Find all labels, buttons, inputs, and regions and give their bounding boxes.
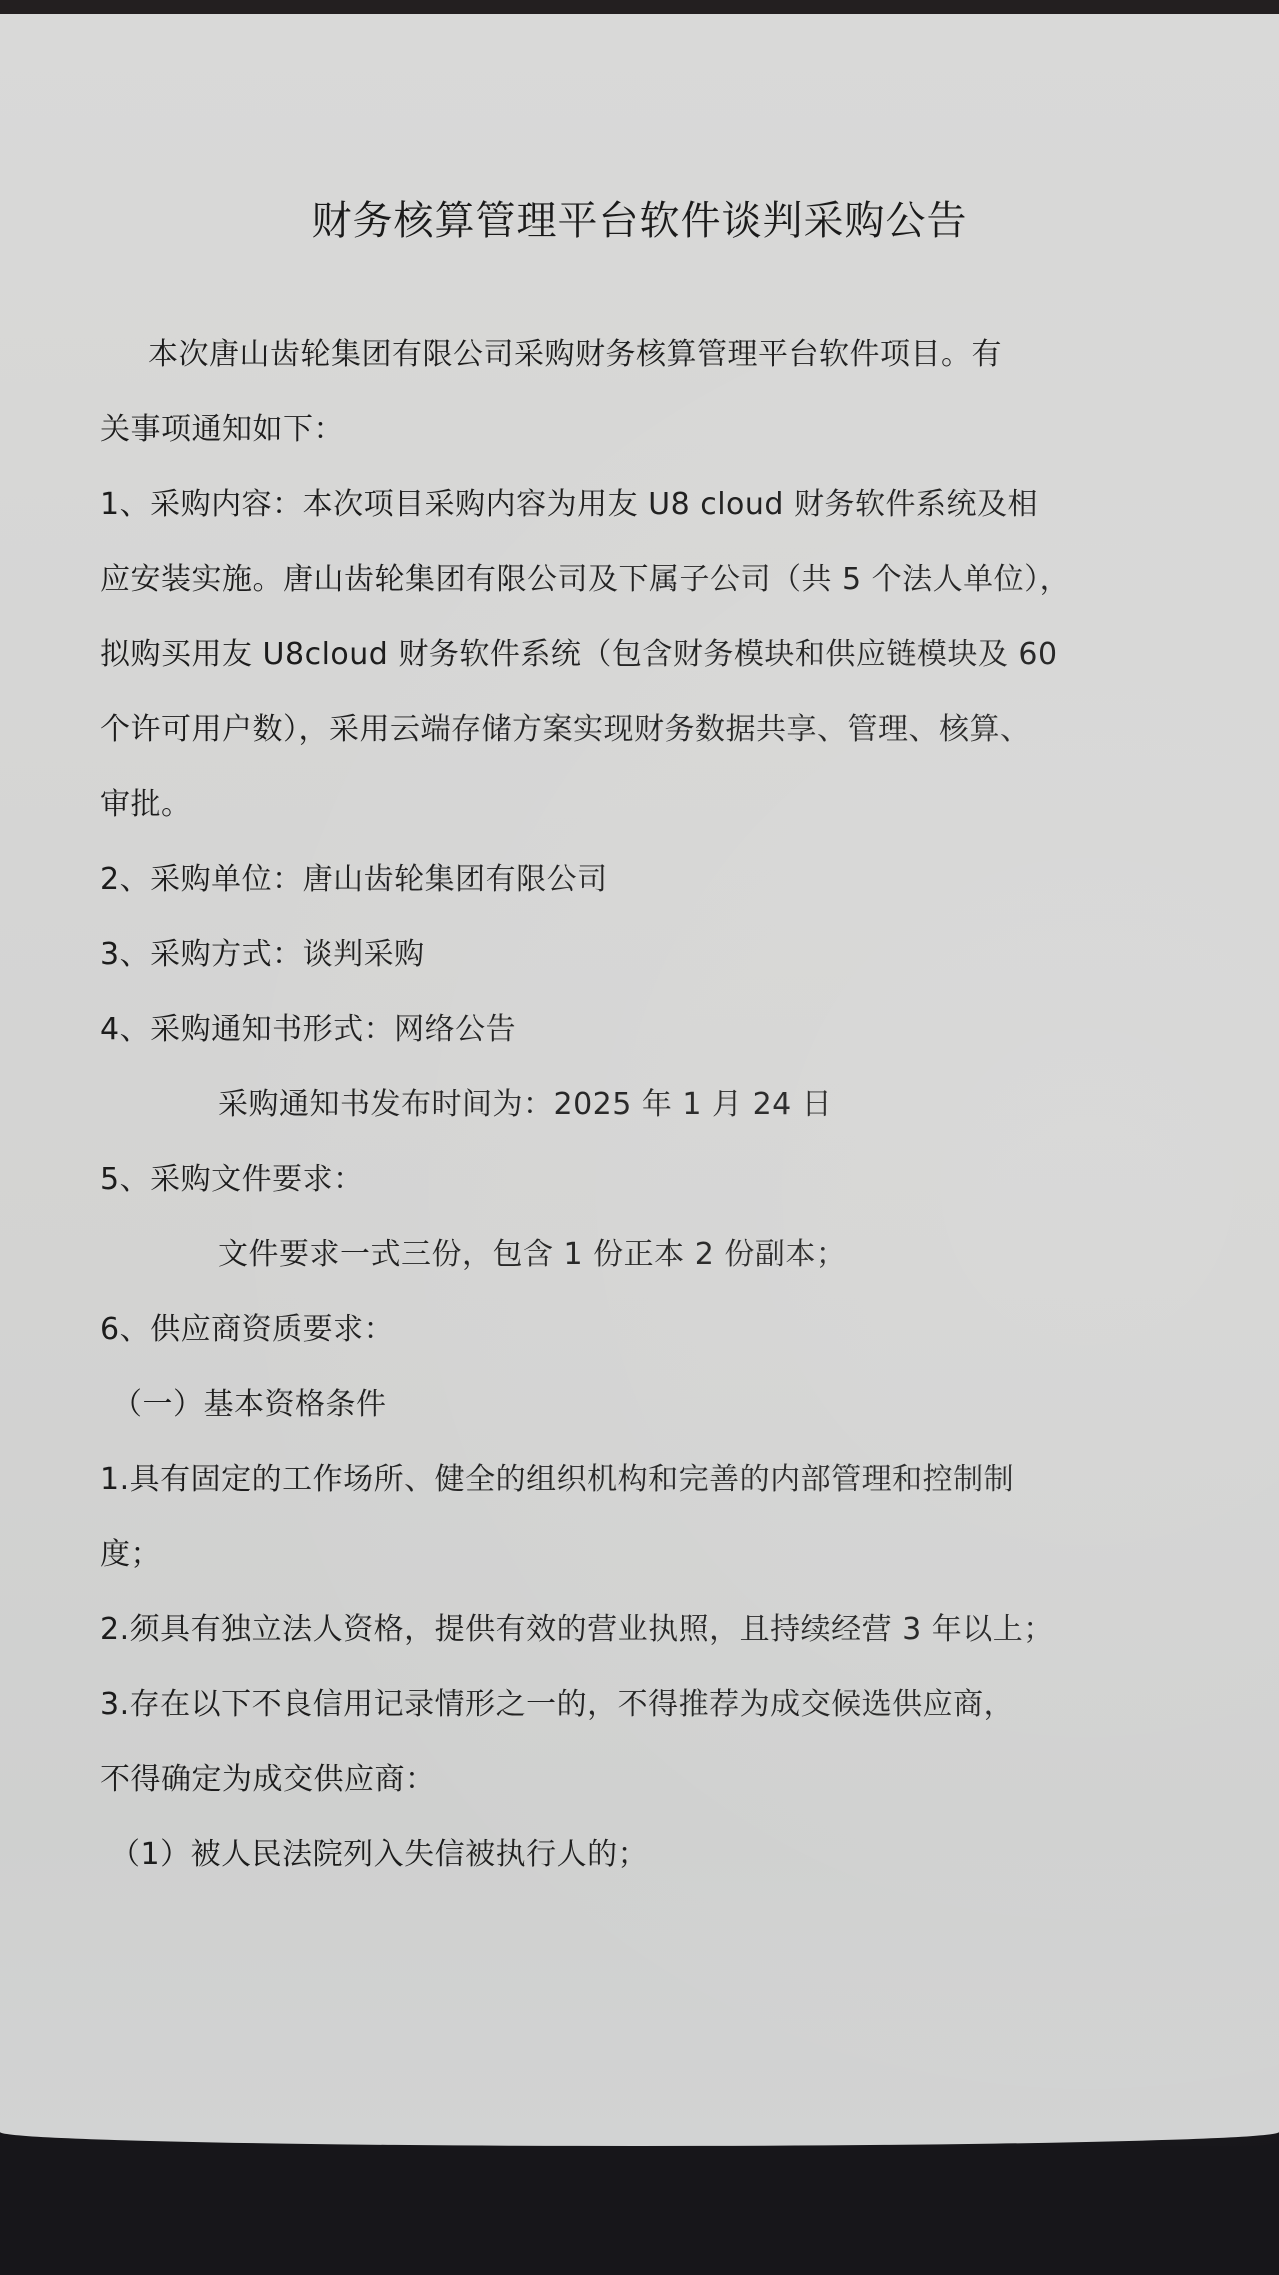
condition-3-item-1: （1）被人民法院列入失信被执行人的； bbox=[110, 1829, 648, 1873]
item-1-line-5: 审批。 bbox=[100, 779, 192, 823]
document-title: 财务核算管理平台软件谈判采购公告 bbox=[0, 189, 1279, 246]
condition-1-line-1: 1.具有固定的工作场所、健全的组织机构和完善的内部管理和控制制 bbox=[100, 1454, 1014, 1498]
condition-1-line-2: 度； bbox=[100, 1529, 161, 1573]
item-1-line-1: 1、采购内容：本次项目采购内容为用友 U8 cloud 财务软件系统及相 bbox=[100, 479, 1038, 523]
intro-paragraph-line-2: 关事项通知如下： bbox=[100, 404, 344, 448]
item-4-release-date: 采购通知书发布时间为：2025 年 1 月 24 日 bbox=[218, 1079, 832, 1123]
item-5-copies: 文件要求一式三份，包含 1 份正本 2 份副本； bbox=[218, 1229, 846, 1273]
item-2-purchasing-unit: 2、采购单位：唐山齿轮集团有限公司 bbox=[100, 854, 608, 898]
item-4-notice-form: 4、采购通知书形式：网络公告 bbox=[100, 1004, 516, 1048]
item-1-line-3: 拟购买用友 U8cloud 财务软件系统（包含财务模块和供应链模块及 60 bbox=[100, 629, 1058, 673]
intro-paragraph-line-1: 本次唐山齿轮集团有限公司采购财务核算管理平台软件项目。有 bbox=[148, 329, 1002, 373]
document-page: 财务核算管理平台软件谈判采购公告 本次唐山齿轮集团有限公司采购财务核算管理平台软… bbox=[0, 14, 1279, 2146]
item-1-line-2: 应安装实施。唐山齿轮集团有限公司及下属子公司（共 5 个法人单位）， bbox=[100, 554, 1070, 598]
subsection-basic-conditions: （一）基本资格条件 bbox=[112, 1379, 387, 1423]
condition-2: 2.须具有独立法人资格，提供有效的营业执照，且持续经营 3 年以上； bbox=[100, 1604, 1054, 1648]
condition-3-line-1: 3.存在以下不良信用记录情形之一的，不得推荐为成交候选供应商， bbox=[100, 1679, 1014, 1723]
condition-3-line-2: 不得确定为成交供应商： bbox=[100, 1754, 436, 1798]
item-1-line-4: 个许可用户数），采用云端存储方案实现财务数据共享、管理、核算、 bbox=[100, 704, 1031, 748]
item-3-purchasing-method: 3、采购方式：谈判采购 bbox=[100, 929, 425, 973]
item-6-supplier-qualifications: 6、供应商资质要求： bbox=[100, 1304, 394, 1348]
item-5-document-requirements: 5、采购文件要求： bbox=[100, 1154, 364, 1198]
